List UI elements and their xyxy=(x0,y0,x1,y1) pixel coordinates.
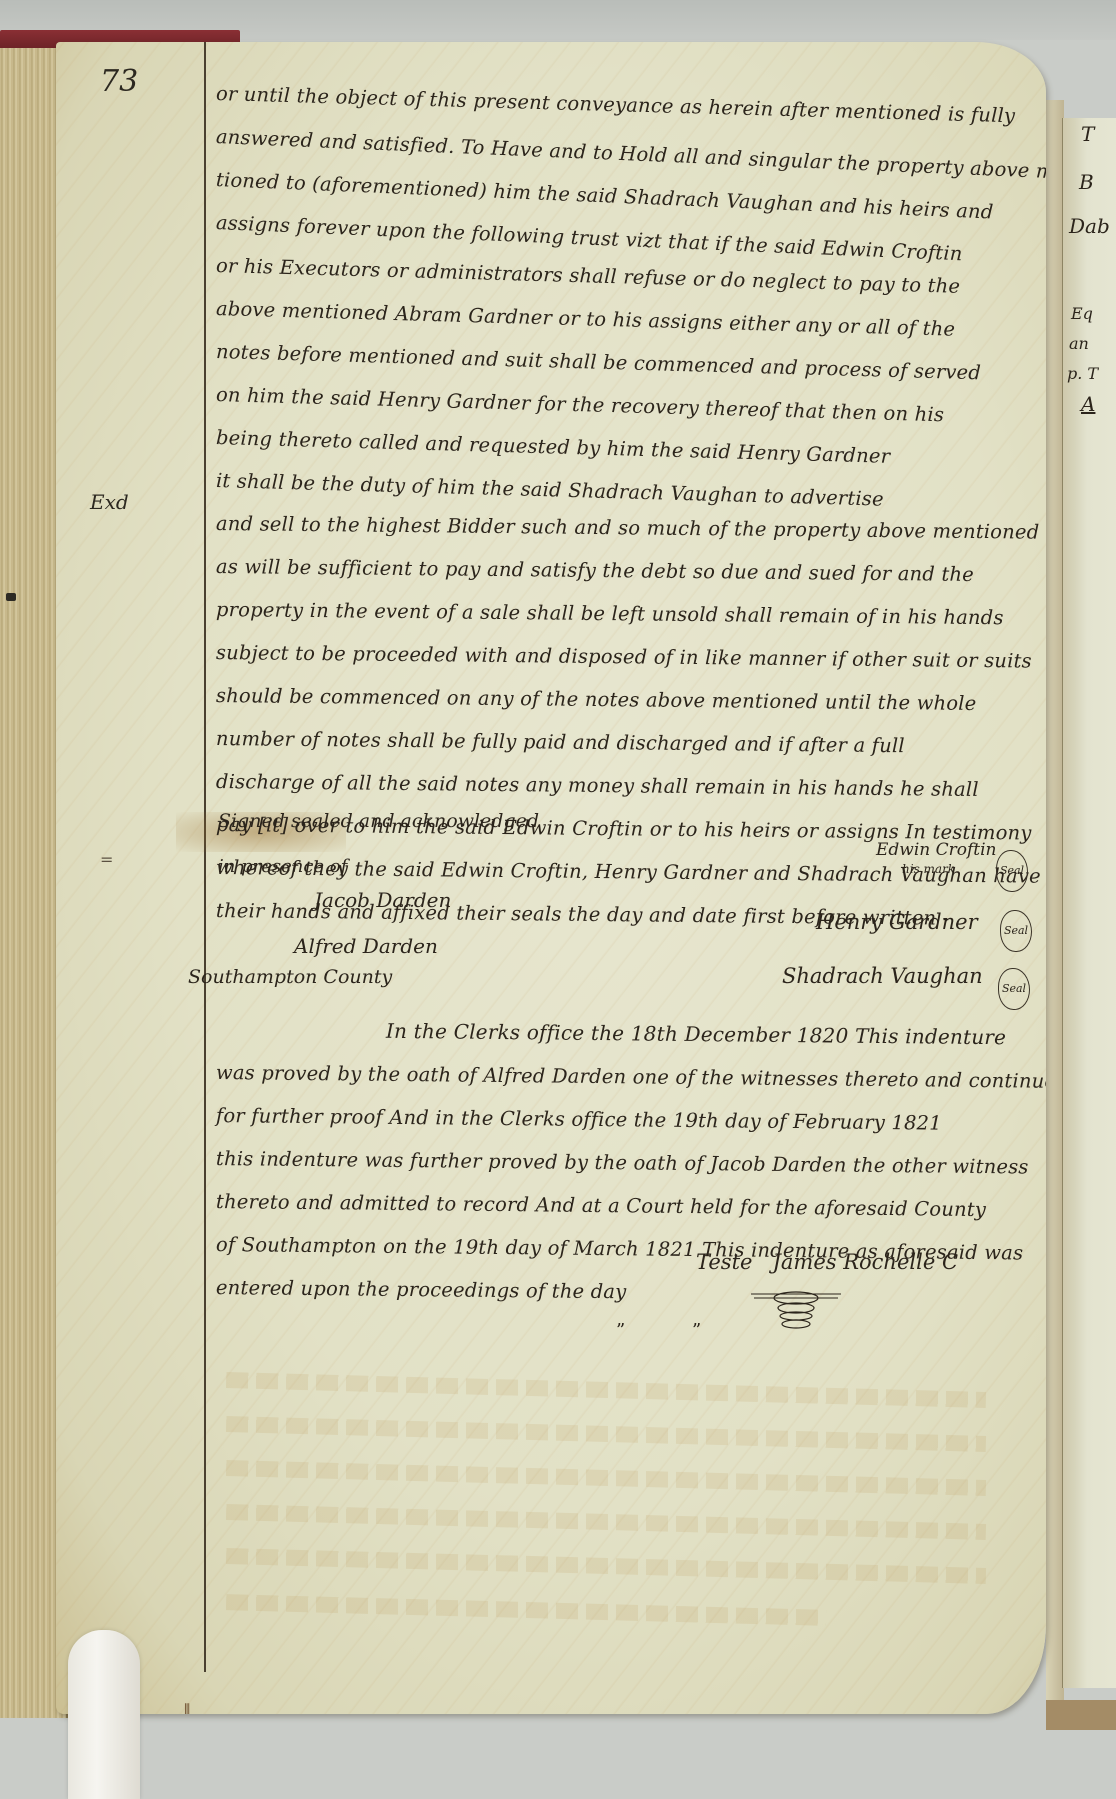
book-stand xyxy=(1046,1700,1116,1730)
margin-equals-mark: = xyxy=(100,850,113,869)
signatory-henry-gardner: Henry Gardner xyxy=(816,910,978,934)
page-number: 73 xyxy=(100,64,138,99)
his-mark-note: his mark xyxy=(902,862,955,876)
right-page: T B Dab Eq an p. T A xyxy=(1062,118,1116,1688)
bleed-through xyxy=(226,1594,826,1626)
signed-sealed-line: Signed sealed and acknowledged xyxy=(218,810,539,832)
clerk-suffix: C xyxy=(942,1250,958,1274)
page-weight xyxy=(68,1630,140,1799)
examined-mark: Exd xyxy=(90,490,129,514)
right-fragment: Eq xyxy=(1071,304,1093,323)
bleed-through xyxy=(226,1548,986,1584)
seal-henry-gardner: Seal xyxy=(1000,910,1032,952)
stack-mark xyxy=(6,593,16,601)
ditto-mark: ” xyxy=(692,1320,701,1341)
signature-flourish-icon xyxy=(746,1286,846,1332)
presence-line: in presence of xyxy=(218,856,347,877)
bleed-through xyxy=(226,1372,986,1408)
seal-shadrach-vaughan: Seal xyxy=(998,968,1030,1010)
right-fragment: B xyxy=(1079,170,1094,194)
bleed-through xyxy=(226,1416,986,1452)
bleed-through xyxy=(226,1460,986,1496)
ditto-mark: ” xyxy=(616,1320,625,1341)
clerk-name: James Rochelle xyxy=(772,1250,935,1274)
right-fragment: A xyxy=(1081,392,1095,416)
signatory-shadrach-vaughan: Shadrach Vaughan xyxy=(782,964,983,988)
county-label: Southampton County xyxy=(188,966,392,988)
bleed-through xyxy=(226,1504,986,1540)
deed-text: or until the object of this present conv… xyxy=(216,72,1016,932)
clerk-signature: Teste James Rochelle C xyxy=(696,1250,958,1274)
teste-prefix: Teste xyxy=(696,1250,752,1274)
right-fragment: Dab xyxy=(1069,214,1110,238)
witness-jacob-darden: Jacob Darden xyxy=(314,888,451,912)
deed-page: 73 Exd = or until the object of this pre… xyxy=(56,42,1046,1714)
right-fragment: an xyxy=(1069,334,1089,353)
signatory-edwin-croftin: Edwin Croftin xyxy=(876,840,997,860)
right-fragment: T xyxy=(1081,122,1094,146)
right-fragment: p. T xyxy=(1067,364,1098,383)
witness-alfred-darden: Alfred Darden xyxy=(294,934,438,958)
seal-edwin-croftin: Seal xyxy=(996,850,1028,892)
bottom-mark: ⦀ xyxy=(184,1702,190,1714)
margin-rule xyxy=(204,42,206,1672)
